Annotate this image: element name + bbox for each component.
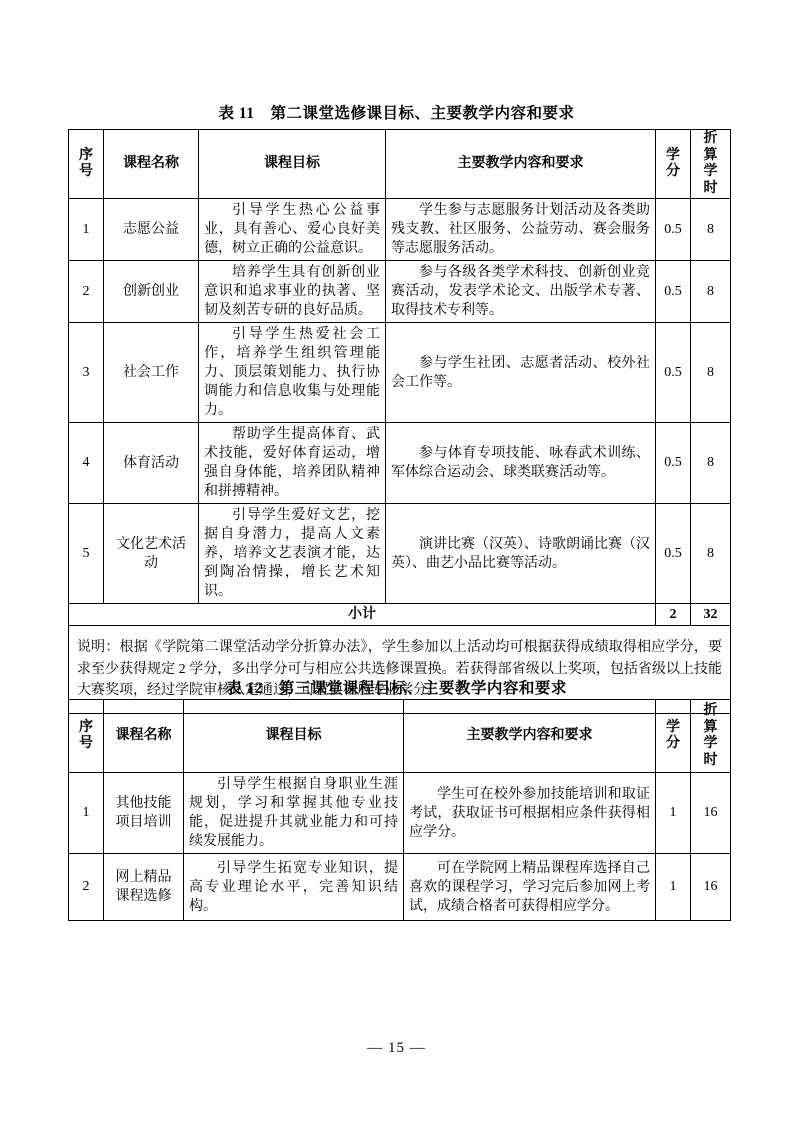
- cell-content: 参与各级各类学术科技、创新创业竞赛活动，发表学术论文、出版学术专著、取得技术专利…: [386, 261, 656, 323]
- cell-course-name: 志愿公益: [104, 199, 199, 261]
- subtotal-label: 小计: [69, 604, 656, 626]
- cell-hours: 8: [691, 199, 731, 261]
- cell-objective: 培养学生具有创新创业意识和追求事业的执著、坚韧及刻苦专研的良好品质。: [199, 261, 386, 323]
- cell-credit: 0.5: [656, 261, 691, 323]
- col-header-content: 主要教学内容和要求: [404, 700, 656, 773]
- cell-index: 4: [69, 423, 104, 504]
- col-header-hours: 折算学时: [691, 130, 731, 199]
- col-header-credit: 学分: [656, 700, 691, 773]
- cell-index: 5: [69, 504, 104, 604]
- table-row: 5 文化艺术活动 引导学生爱好文艺，挖据自身潜力，提高人文素养，培养文艺表演才能…: [69, 504, 731, 604]
- cell-objective: 引导学生热心公益事业，具有善心、爱心良好美德，树立正确的公益意识。: [199, 199, 386, 261]
- cell-course-name: 创新创业: [104, 261, 199, 323]
- col-header-hours-label: 折算学时: [702, 703, 718, 769]
- cell-credit: 0.5: [656, 199, 691, 261]
- table-row: 2 创新创业 培养学生具有创新创业意识和追求事业的执著、坚韧及刻苦专研的良好品质…: [69, 261, 731, 323]
- cell-hours: 8: [691, 504, 731, 604]
- cell-course-name: 文化艺术活动: [104, 504, 199, 604]
- cell-credit: 0.5: [656, 423, 691, 504]
- cell-objective: 引导学生热爱社会工作，培养学生组织管理能力、顶层策划能力、执行协调能力和信息收集…: [199, 323, 386, 423]
- table-12-caption: 表 12 第三课堂课程目标、主要教学内容和要求: [0, 676, 793, 698]
- col-header-objective: 课程目标: [199, 130, 386, 199]
- cell-credit: 1: [656, 854, 691, 921]
- cell-course-name: 社会工作: [104, 323, 199, 423]
- cell-course-name: 网上精品课程选修: [104, 854, 184, 921]
- cell-hours: 16: [691, 854, 731, 921]
- cell-objective: 引导学生拓宽专业知识，提高专业理论水平，完善知识结构。: [184, 854, 404, 921]
- cell-hours: 8: [691, 323, 731, 423]
- table-row: 3 社会工作 引导学生热爱社会工作，培养学生组织管理能力、顶层策划能力、执行协调…: [69, 323, 731, 423]
- col-header-index-label: 序号: [78, 720, 94, 753]
- table-11-second-classroom: 序号 课程名称 课程目标 主要教学内容和要求 学分 折算学时 1 志愿公益 引导…: [68, 129, 731, 714]
- col-header-objective: 课程目标: [184, 700, 404, 773]
- cell-index: 1: [69, 199, 104, 261]
- table-row: 4 体育活动 帮助学生提高体育、武术技能，爱好体育运动，增强自身体能，培养团队精…: [69, 423, 731, 504]
- table-row: 1 志愿公益 引导学生热心公益事业，具有善心、爱心良好美德，树立正确的公益意识。…: [69, 199, 731, 261]
- cell-content: 学生可在校外参加技能培训和取证考试，获取证书可根据相应条件获得相应学分。: [404, 773, 656, 854]
- col-header-credit: 学分: [656, 130, 691, 199]
- cell-objective: 引导学生根据自身职业生涯规划，学习和掌握其他专业技能，促进提升其就业能力和可持续…: [184, 773, 404, 854]
- cell-content: 参与学生社团、志愿者活动、校外社会工作等。: [386, 323, 656, 423]
- cell-index: 3: [69, 323, 104, 423]
- cell-index: 2: [69, 261, 104, 323]
- cell-content: 参与体育专项技能、咏春武术训练、军体综合运动会、球类联赛活动等。: [386, 423, 656, 504]
- cell-credit: 0.5: [656, 504, 691, 604]
- table-header-row: 序号 课程名称 课程目标 主要教学内容和要求 学分 折算学时: [69, 700, 731, 773]
- cell-objective: 帮助学生提高体育、武术技能，爱好体育运动，增强自身体能，培养团队精神和拼搏精神。: [199, 423, 386, 504]
- cell-hours: 8: [691, 261, 731, 323]
- cell-hours: 8: [691, 423, 731, 504]
- cell-course-name: 体育活动: [104, 423, 199, 504]
- col-header-credit-label: 学分: [665, 720, 681, 753]
- cell-content: 学生参与志愿服务计划活动及各类助残支教、社区服务、公益劳动、赛会服务等志愿服务活…: [386, 199, 656, 261]
- subtotal-credit: 2: [656, 604, 691, 626]
- col-header-index: 序号: [69, 700, 104, 773]
- document-page: 表 11 第二课堂选修课目标、主要教学内容和要求 序号 课程名称 课程目标 主要…: [0, 0, 793, 1122]
- page-number: — 15 —: [0, 1040, 793, 1057]
- subtotal-hours: 32: [691, 604, 731, 626]
- col-header-name: 课程名称: [104, 700, 184, 773]
- table-12-third-classroom: 序号 课程名称 课程目标 主要教学内容和要求 学分 折算学时 1 其他技能项目培…: [68, 699, 731, 921]
- cell-objective: 引导学生爱好文艺，挖据自身潜力，提高人文素养，培养文艺表演才能，达到陶冶情操，增…: [199, 504, 386, 604]
- cell-hours: 16: [691, 773, 731, 854]
- cell-credit: 1: [656, 773, 691, 854]
- col-header-hours: 折算学时: [691, 700, 731, 773]
- col-header-index-label: 序号: [78, 148, 94, 181]
- cell-credit: 0.5: [656, 323, 691, 423]
- cell-index: 1: [69, 773, 104, 854]
- col-header-credit-label: 学分: [665, 148, 681, 181]
- cell-index: 2: [69, 854, 104, 921]
- subtotal-row: 小计 2 32: [69, 604, 731, 626]
- col-header-content: 主要教学内容和要求: [386, 130, 656, 199]
- cell-content: 演讲比赛（汉英）、诗歌朗诵比赛（汉英）、曲艺小品比赛等活动。: [386, 504, 656, 604]
- col-header-name: 课程名称: [104, 130, 199, 199]
- col-header-hours-label: 折算学时: [702, 131, 718, 197]
- table-header-row: 序号 课程名称 课程目标 主要教学内容和要求 学分 折算学时: [69, 130, 731, 199]
- cell-content: 可在学院网上精品课程库选择自己喜欢的课程学习，学习完后参加网上考试，成绩合格者可…: [404, 854, 656, 921]
- table-11-caption: 表 11 第二课堂选修课目标、主要教学内容和要求: [0, 101, 793, 123]
- col-header-index: 序号: [69, 130, 104, 199]
- table-row: 2 网上精品课程选修 引导学生拓宽专业知识，提高专业理论水平，完善知识结构。 可…: [69, 854, 731, 921]
- table-row: 1 其他技能项目培训 引导学生根据自身职业生涯规划，学习和掌握其他专业技能，促进…: [69, 773, 731, 854]
- cell-course-name: 其他技能项目培训: [104, 773, 184, 854]
